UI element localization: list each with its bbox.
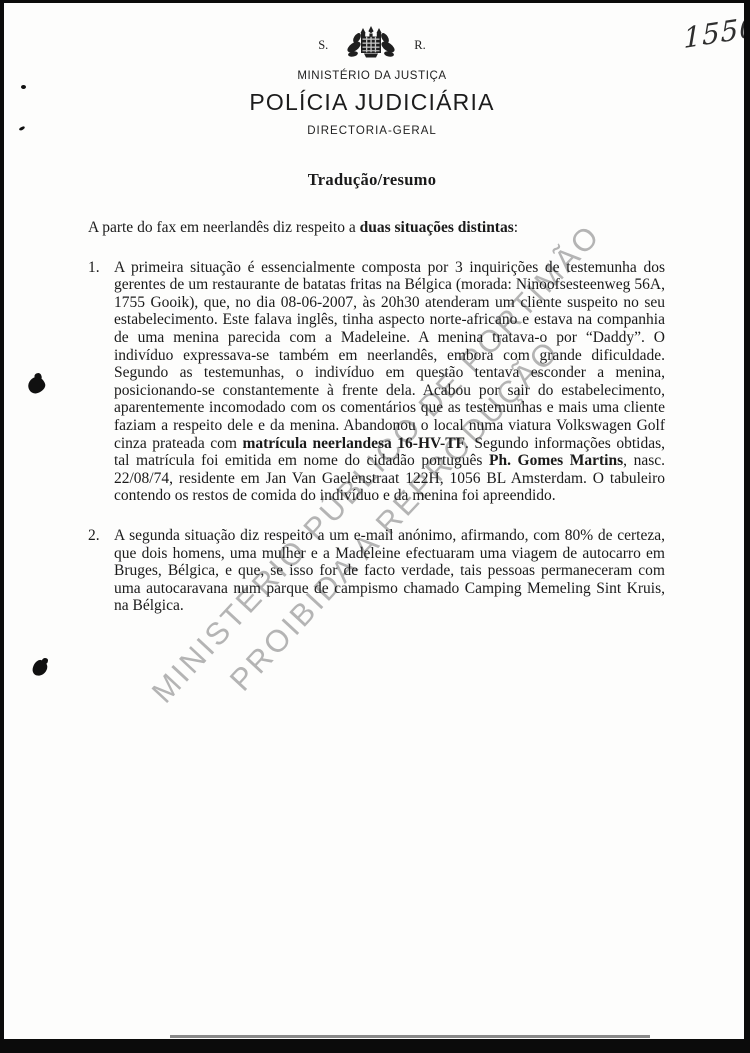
scan-edge-left [0, 0, 4, 1053]
crest-row: S. [0, 26, 744, 65]
list-item: 1. A primeira situação é essencialmente … [88, 259, 665, 505]
crest-letter-left: S. [318, 38, 328, 53]
list-item-text: A segunda situação diz respeito a um e-m… [114, 527, 665, 615]
ink-blot-mark [26, 375, 47, 395]
document-title: Tradução/resumo [0, 170, 744, 190]
coat-of-arms-icon [344, 26, 398, 65]
list-item: 2. A segunda situação diz respeito a um … [88, 527, 665, 615]
scan-edge-top [0, 0, 750, 3]
document-body: A parte do fax em neerlandês diz respeit… [88, 219, 665, 637]
scanned-document-page: MINISTÉRIO PÚBLICO DE PORTIMÃO PROIBIDA … [0, 0, 750, 1053]
intro-paragraph: A parte do fax em neerlandês diz respeit… [88, 219, 665, 237]
scan-edge-bottom [0, 1039, 750, 1053]
list-item-number: 2. [88, 527, 114, 615]
list-item-number: 1. [88, 259, 114, 505]
ink-blot-mark [31, 659, 48, 678]
letterhead: S. [0, 26, 744, 137]
numbered-list: 1. A primeira situação é essencialmente … [88, 259, 665, 615]
scan-edge-right [744, 0, 750, 1053]
organization-title: POLÍCIA JUDICIÁRIA [0, 89, 744, 116]
ink-speck-mark [21, 85, 26, 89]
crest-letter-right: R. [414, 38, 425, 53]
list-item-text: A primeira situação é essencialmente com… [114, 259, 665, 505]
scan-edge-smudge [170, 1035, 650, 1038]
directorate-line: DIRECTORIA-GERAL [0, 125, 744, 137]
ministry-line: MINISTÉRIO DA JUSTIÇA [0, 70, 744, 82]
